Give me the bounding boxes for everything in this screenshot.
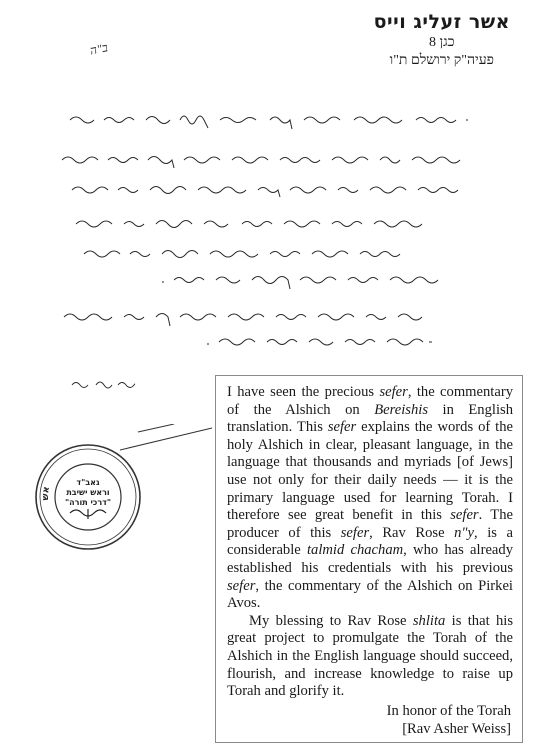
english-translation-box: I have seen the precious sefer, the comm… <box>215 375 523 743</box>
closing-honor-line: In honor of the Torah <box>387 702 511 720</box>
letterhead: אשר זעליג וייס כגן 8 פעיה"ק ירושלם ת"ו <box>374 10 510 70</box>
handwritten-line-5 <box>82 242 462 264</box>
translation-body: I have seen the precious sefer, the comm… <box>227 384 513 701</box>
closing-signatory: [Rav Asher Weiss] <box>387 720 511 738</box>
letterhead-city: פעיה"ק ירושלם ת"ו <box>374 52 510 70</box>
seal-line-3: "דרכי תורה" <box>65 498 111 507</box>
letterhead-name: אשר זעליג וייס <box>374 10 510 34</box>
bh-mark: ב"ה <box>89 40 110 58</box>
translation-paragraph-2: My blessing to Rav Rose shlita is that h… <box>227 613 513 701</box>
handwritten-line-8 <box>205 330 445 352</box>
seal-line-2: וראש ישיבת <box>66 488 110 497</box>
handwritten-line-4 <box>74 212 462 234</box>
handwritten-signoff <box>70 373 135 393</box>
translation-paragraph-1: I have seen the precious sefer, the comm… <box>227 384 513 613</box>
letterhead-street: כגן 8 <box>374 34 510 52</box>
seal-line-1: גאב"ד <box>76 478 100 487</box>
handwritten-line-2 <box>60 148 462 170</box>
translation-closing: In honor of the Torah [Rav Asher Weiss] <box>387 702 511 738</box>
handwritten-line-1 <box>68 108 468 130</box>
handwritten-line-7 <box>62 305 442 327</box>
handwritten-line-6 <box>160 268 462 290</box>
handwritten-line-3 <box>70 178 462 200</box>
rabbinic-seal: אשר זעליג וייס * פעיה"ק ירושלים ת"ו * גא… <box>34 443 142 551</box>
